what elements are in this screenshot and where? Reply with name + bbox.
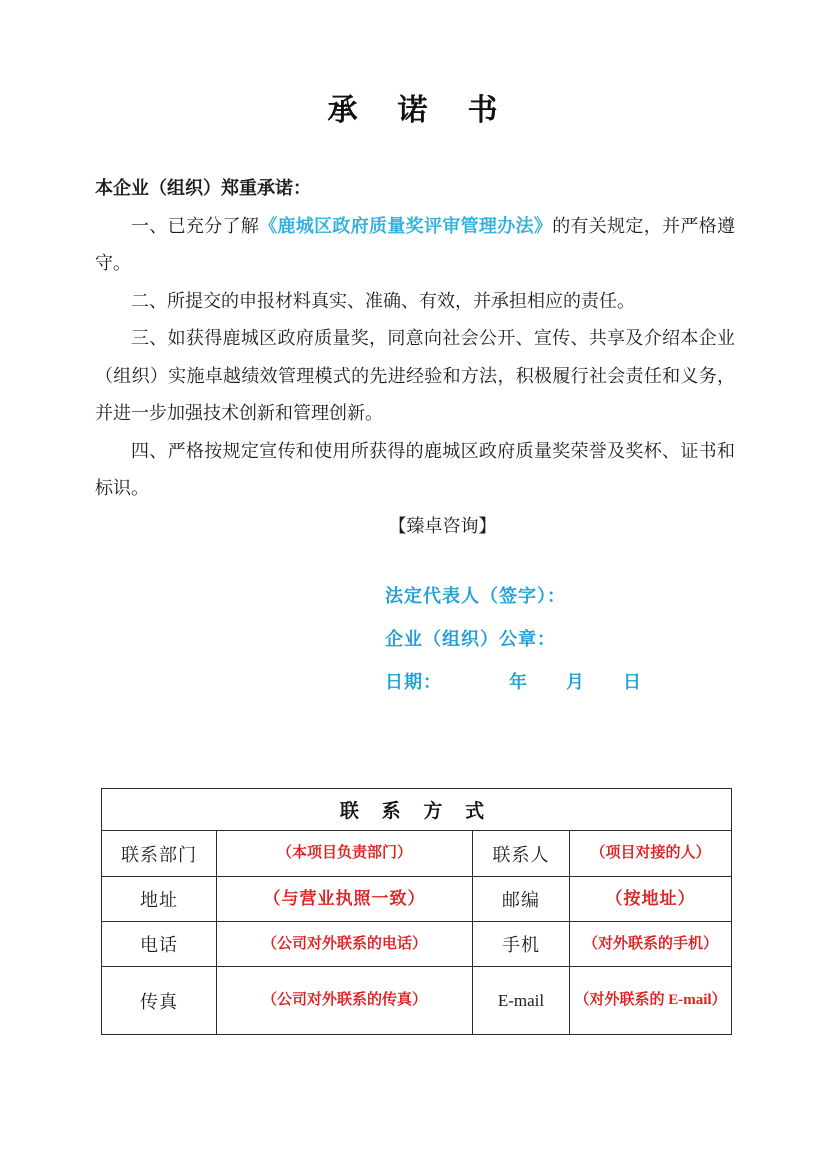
company-seal-line: 企业（组织）公章： bbox=[385, 618, 735, 661]
contact-table-header-row: 联 系 方 式 bbox=[102, 789, 732, 831]
telephone-placeholder: （公司对外联系的电话） bbox=[217, 922, 473, 967]
table-row-address: 地址 （与营业执照一致） 邮编 （按地址） bbox=[102, 877, 732, 922]
fax-placeholder: （公司对外联系的传真） bbox=[217, 967, 473, 1035]
email-placeholder: （对外联系的 E-mail） bbox=[570, 967, 732, 1035]
department-placeholder: （本项目负责部门） bbox=[217, 831, 473, 877]
address-label: 地址 bbox=[102, 877, 217, 922]
document-page: 承 诺 书 本企业（组织）郑重承诺： 一、已充分了解《鹿城区政府质量奖评审管理办… bbox=[0, 0, 827, 1170]
table-row-department: 联系部门 （本项目负责部门） 联系人 （项目对接的人） bbox=[102, 831, 732, 877]
intro-line: 本企业（组织）郑重承诺： bbox=[95, 170, 735, 208]
telephone-label: 电话 bbox=[102, 922, 217, 967]
paragraph-1: 一、已充分了解《鹿城区政府质量奖评审管理办法》的有关规定，并严格遵守。 bbox=[95, 208, 735, 283]
legal-rep-line: 法定代表人（签字）： bbox=[385, 575, 735, 618]
postcode-placeholder: （按地址） bbox=[570, 877, 732, 922]
contact-person-placeholder: （项目对接的人） bbox=[570, 831, 732, 877]
consultant-note: 【臻卓咨询】 bbox=[95, 508, 735, 546]
paragraph-4: 四、严格按规定宣传和使用所获得的鹿城区政府质量奖荣誉及奖杯、证书和标识。 bbox=[95, 433, 735, 508]
address-placeholder: （与营业执照一致） bbox=[217, 877, 473, 922]
postcode-label: 邮编 bbox=[473, 877, 570, 922]
date-line: 日期： 年 月 日 bbox=[385, 661, 735, 704]
regulation-link[interactable]: 《鹿城区政府质量奖评审管理办法》 bbox=[259, 216, 552, 236]
contact-table-title: 联 系 方 式 bbox=[102, 789, 732, 831]
page-title: 承 诺 书 bbox=[95, 88, 735, 134]
document-body: 本企业（组织）郑重承诺： 一、已充分了解《鹿城区政府质量奖评审管理办法》的有关规… bbox=[95, 170, 735, 545]
mobile-label: 手机 bbox=[473, 922, 570, 967]
contact-table: 联 系 方 式 联系部门 （本项目负责部门） 联系人 （项目对接的人） 地址 （… bbox=[101, 788, 732, 1035]
paragraph-1-prefix: 一、已充分了解 bbox=[131, 216, 259, 236]
paragraph-3: 三、如获得鹿城区政府质量奖，同意向社会公开、宣传、共享及介绍本企业（组织）实施卓… bbox=[95, 320, 735, 433]
mobile-placeholder: （对外联系的手机） bbox=[570, 922, 732, 967]
table-row-fax: 传真 （公司对外联系的传真） E-mail （对外联系的 E-mail） bbox=[102, 967, 732, 1035]
signature-block: 法定代表人（签字）： 企业（组织）公章： 日期： 年 月 日 bbox=[385, 575, 735, 704]
contact-person-label: 联系人 bbox=[473, 831, 570, 877]
fax-label: 传真 bbox=[102, 967, 217, 1035]
email-label: E-mail bbox=[473, 967, 570, 1035]
paragraph-2: 二、所提交的申报材料真实、准确、有效，并承担相应的责任。 bbox=[95, 283, 735, 321]
table-row-telephone: 电话 （公司对外联系的电话） 手机 （对外联系的手机） bbox=[102, 922, 732, 967]
department-label: 联系部门 bbox=[102, 831, 217, 877]
